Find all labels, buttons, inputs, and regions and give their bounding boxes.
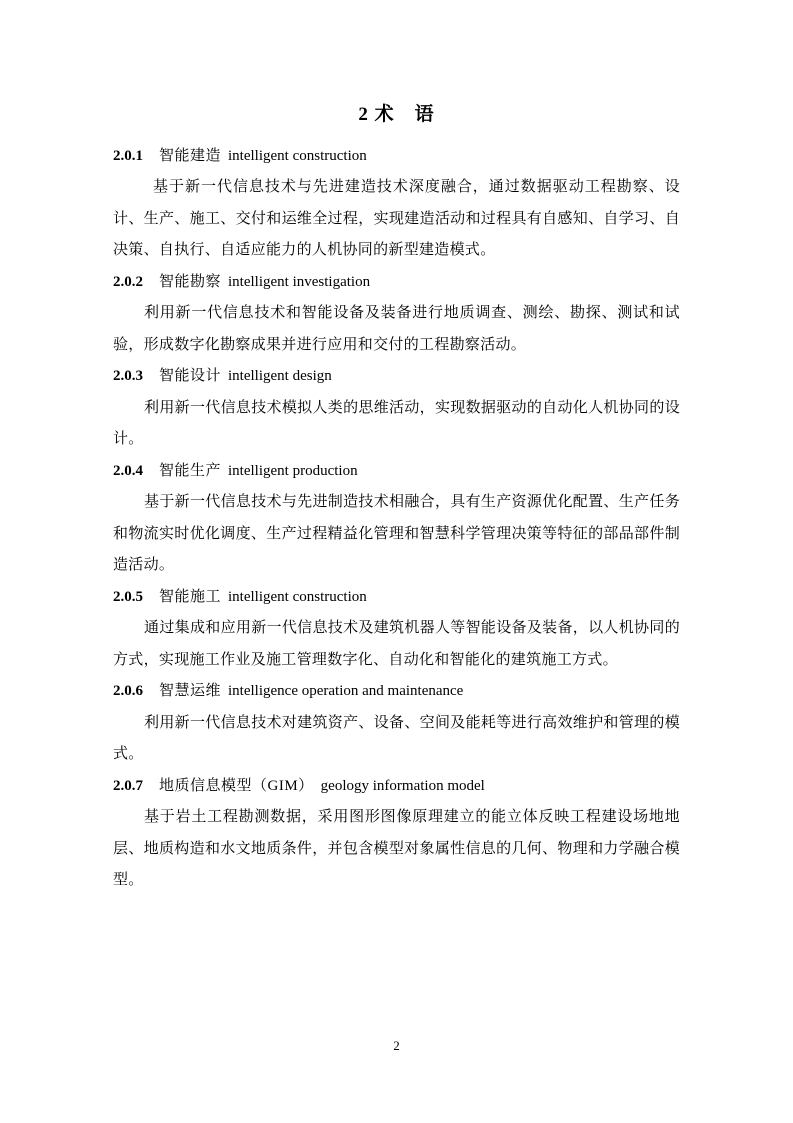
term-heading: 2.0.4智能生产intelligent production [113,456,680,488]
term-name-en: geology information model [321,778,485,794]
term-definition: 基于岩土工程勘测数据，采用图形图像原理建立的能立体反映工程建设场地地层、地质构造… [113,802,680,897]
term-section: 2.0.2智能勘察intelligent investigation 利用新一代… [113,267,680,362]
term-heading: 2.0.2智能勘察intelligent investigation [113,267,680,299]
term-number: 2.0.6 [113,683,143,699]
term-definition: 利用新一代信息技术对建筑资产、设备、空间及能耗等进行高效维护和管理的模式。 [113,708,680,771]
term-section: 2.0.3智能设计intelligent design 利用新一代信息技术模拟人… [113,361,680,456]
term-name-zh: 智能勘察 [159,274,221,290]
term-heading: 2.0.3智能设计intelligent design [113,361,680,393]
term-name-en: intelligent construction [228,148,367,164]
term-definition: 基于新一代信息技术与先进建造技术深度融合，通过数据驱动工程勘察、设计、生产、施工… [113,172,680,267]
term-section: 2.0.5智能施工intelligent construction 通过集成和应… [113,582,680,677]
term-definition: 利用新一代信息技术模拟人类的思维活动，实现数据驱动的自动化人机协同的设计。 [113,393,680,456]
term-definition: 通过集成和应用新一代信息技术及建筑机器人等智能设备及装备，以人机协同的方式，实现… [113,613,680,676]
term-number: 2.0.7 [113,778,143,794]
term-section: 2.0.6智慧运维intelligence operation and main… [113,676,680,771]
term-name-zh: 智慧运维 [159,683,221,699]
term-name-en: intelligent investigation [228,274,370,290]
page-content: 2 术 语 2.0.1智能建造intelligent construction … [113,99,680,897]
term-number: 2.0.3 [113,368,143,384]
term-definition: 利用新一代信息技术和智能设备及装备进行地质调查、测绘、勘探、测试和试验，形成数字… [113,298,680,361]
term-definition: 基于新一代信息技术与先进制造技术相融合，具有生产资源优化配置、生产任务和物流实时… [113,487,680,582]
term-number: 2.0.2 [113,274,143,290]
term-name-zh: 智能生产 [159,463,221,479]
term-section: 2.0.7地质信息模型（GIM）geology information mode… [113,771,680,897]
document-page: 2 术 语 2.0.1智能建造intelligent construction … [0,0,793,1123]
term-name-zh: 智能施工 [159,589,221,605]
term-number: 2.0.5 [113,589,143,605]
term-name-zh: 智能建造 [159,148,221,164]
term-section: 2.0.4智能生产intelligent production 基于新一代信息技… [113,456,680,582]
term-name-en: intelligent construction [228,589,367,605]
term-section: 2.0.1智能建造intelligent construction 基于新一代信… [113,141,680,267]
term-heading: 2.0.6智慧运维intelligence operation and main… [113,676,680,708]
term-name-en: intelligent production [228,463,358,479]
chapter-title: 2 术 语 [113,99,680,131]
page-number: 2 [0,1038,793,1054]
term-heading: 2.0.7地质信息模型（GIM）geology information mode… [113,771,680,803]
term-number: 2.0.4 [113,463,143,479]
term-heading: 2.0.5智能施工intelligent construction [113,582,680,614]
term-name-en: intelligence operation and maintenance [228,683,463,699]
term-name-en: intelligent design [228,368,332,384]
term-heading: 2.0.1智能建造intelligent construction [113,141,680,173]
term-name-zh: 地质信息模型（GIM） [159,778,314,794]
term-number: 2.0.1 [113,148,143,164]
term-name-zh: 智能设计 [159,368,221,384]
